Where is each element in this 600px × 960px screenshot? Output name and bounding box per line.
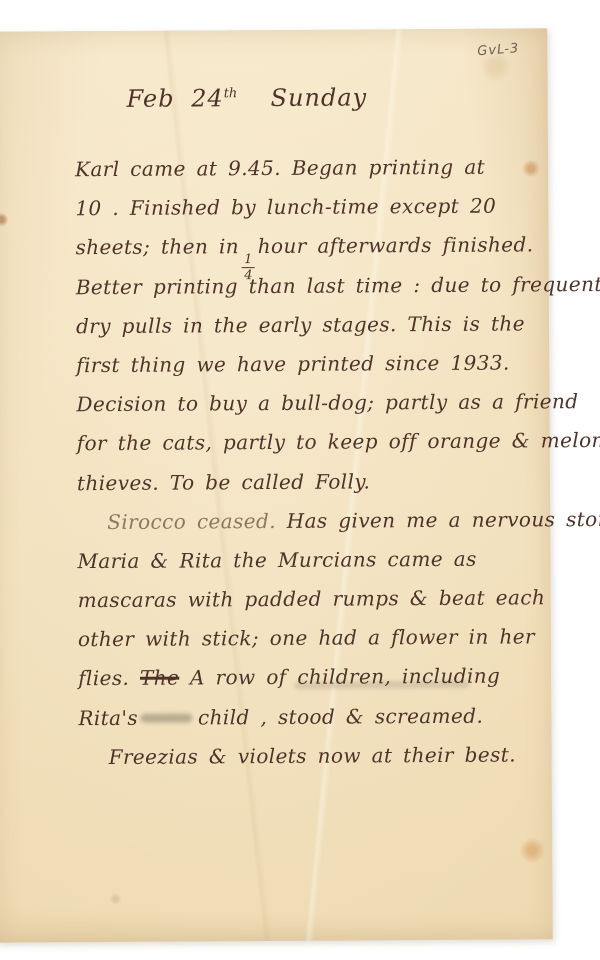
heading-day: Sunday xyxy=(271,83,368,112)
manuscript-line: first thing we have printed since 1933. xyxy=(76,350,538,392)
handwritten-text: other with stick; one had a flower in he… xyxy=(78,625,535,652)
manuscript-lines: Karl came at 9.45. Began printing at10 .… xyxy=(75,154,541,784)
handwritten-text: Better printing than last time : due to … xyxy=(76,272,600,299)
manuscript-line: Sirocco ceased. Has given me a nervous s… xyxy=(77,507,539,549)
handwritten-text: 10 . Finished by lunch-time except 20 xyxy=(75,194,496,221)
handwritten-text: Rita's xyxy=(78,705,138,729)
handwritten-text: dry pulls in the early stages. This is t… xyxy=(76,311,525,338)
manuscript-line: mascaras with padded rumps & beat each xyxy=(78,585,540,627)
fraction-numerator: 1 xyxy=(244,253,253,267)
handwritten-text: Sirocco ceased. xyxy=(107,509,276,534)
heading-date: Feb 24 xyxy=(127,84,224,113)
manuscript-line: sheets; then in14hour afterwards finishe… xyxy=(75,233,537,275)
handwritten-text: flies. xyxy=(78,666,140,690)
handwritten-text: child , stood & screamed. xyxy=(198,703,483,729)
manuscript-line: thieves. To be called Folly. xyxy=(77,468,539,510)
manuscript-line: Rita'schild , stood & screamed. xyxy=(78,703,540,745)
handwritten-text: Karl came at 9.45. Began printing at xyxy=(75,155,485,182)
handwritten-text: thieves. To be called Folly. xyxy=(77,469,370,495)
handwritten-text: A row of children, including xyxy=(179,664,500,690)
manuscript-line: Maria & Rita the Murcians came as xyxy=(77,546,539,588)
manuscript-line: Karl came at 9.45. Began printing at xyxy=(75,154,537,196)
handwritten-text: Maria & Rita the Murcians came as xyxy=(77,547,476,573)
manuscript-line: Freezias & violets now at their best. xyxy=(79,742,541,784)
handwritten-text: first thing we have printed since 1933. xyxy=(76,350,510,377)
manuscript-line: 10 . Finished by lunch-time except 20 xyxy=(75,194,537,236)
manuscript-page: GvL-3 Feb 24th Sunday Karl came at 9.45.… xyxy=(0,28,553,942)
ink-smudge xyxy=(140,713,192,722)
handwritten-text: sheets; then in xyxy=(75,235,239,260)
manuscript-line: dry pulls in the early stages. This is t… xyxy=(76,311,538,353)
handwritten-text: hour afterwards finished. xyxy=(258,233,534,259)
archive-mark: GvL-3 xyxy=(477,41,520,59)
handwritten-text: Decision to buy a bull-dog; partly as a … xyxy=(76,389,578,416)
heading-ordinal: th xyxy=(224,86,238,101)
diary-entry-heading: Feb 24th Sunday xyxy=(127,83,368,112)
struck-through-word: The xyxy=(140,666,179,690)
manuscript-line: Decision to buy a bull-dog; partly as a … xyxy=(76,389,538,431)
manuscript-line: Better printing than last time : due to … xyxy=(76,272,538,314)
handwritten-text: mascaras with padded rumps & beat each xyxy=(78,585,546,612)
manuscript-line: flies. The A row of children, including xyxy=(78,664,540,706)
manuscript-line: for the cats, partly to keep off orange … xyxy=(77,429,539,471)
heading-day-spacer xyxy=(237,84,270,112)
manuscript-line: other with stick; one had a flower in he… xyxy=(78,625,540,667)
handwritten-text: for the cats, partly to keep off orange … xyxy=(77,428,600,455)
handwritten-text: Freezias & violets now at their best. xyxy=(109,742,516,768)
handwritten-text: Has given me a nervous stomach xyxy=(276,506,600,532)
